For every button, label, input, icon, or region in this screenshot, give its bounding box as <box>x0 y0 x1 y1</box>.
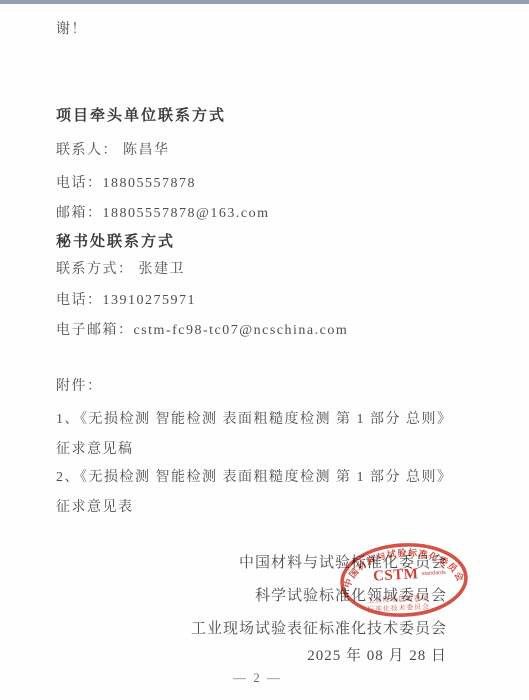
official-red-stamp: 中国材料与试验标准化委员会 CSTM standards 工业现场试验表征 标准… <box>332 528 477 631</box>
attachment-1-title: 1、《无损检测 智能检测 表面粗糙度检测 第 1 部分 总则》 <box>56 408 453 428</box>
page-number: — 2 — <box>233 670 282 686</box>
attachments-label: 附件： <box>56 375 103 395</box>
secretariat-email: 电子邮箱：cstm-fc98-tc07@ncschina.com <box>56 319 348 339</box>
stamp-standards-text: standards <box>422 570 447 577</box>
signature-date: 2025 年 08 月 28 日 <box>307 644 447 665</box>
attachment-2-subtitle: 征求意见表 <box>56 496 134 516</box>
closing-text: 谢！ <box>56 18 87 38</box>
secretariat-heading: 秘书处联系方式 <box>56 230 175 251</box>
secretariat-contact: 联系方式： 张建卫 <box>56 258 185 278</box>
stamp-cstm-text: CSTM <box>373 566 419 584</box>
secretariat-phone: 电话：13910275971 <box>56 289 196 309</box>
attachment-2-title: 2、《无损检测 智能检测 表面粗糙度检测 第 1 部分 总则》 <box>56 466 453 486</box>
scanned-document-page: 谢！ 项目牵头单位联系方式 联系人： 陈昌华 电话：18805557878 邮箱… <box>0 0 529 700</box>
scan-edge-bar <box>0 0 529 4</box>
lead-unit-contact: 联系人： 陈昌华 <box>56 139 170 159</box>
attachment-1-subtitle: 征求意见稿 <box>56 438 134 458</box>
lead-unit-phone: 电话：18805557878 <box>56 172 196 192</box>
lead-unit-email: 邮箱：18805557878@163.com <box>56 202 270 222</box>
lead-unit-heading: 项目牵头单位联系方式 <box>56 104 226 125</box>
